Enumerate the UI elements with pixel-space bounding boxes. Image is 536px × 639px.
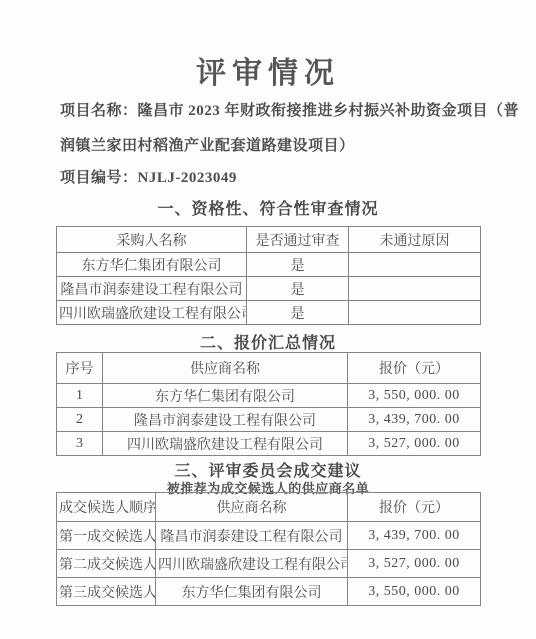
fail-reason-cell — [349, 301, 481, 325]
supplier-name-cell: 东方华仁集团有限公司 — [103, 384, 348, 408]
price-cell: 3, 527, 000. 00 — [348, 550, 481, 578]
candidate-order-cell: 第三成交候选人 — [57, 578, 156, 606]
document-page: 评审情况 项目名称：隆昌市 2023 年财政衔接推进乡村振兴补助资金项目（普 润… — [0, 0, 536, 639]
candidate-order-cell: 第一成交候选人 — [57, 522, 156, 550]
table-header-row: 采购人名称 是否通过审查 未通过原因 — [57, 227, 481, 253]
section2-heading: 二、报价汇总情况 — [0, 330, 536, 353]
table-row: 第三成交候选人 东方华仁集团有限公司 3, 550, 000. 00 — [57, 578, 481, 606]
passed-cell: 是 — [247, 301, 349, 325]
index-cell: 2 — [57, 408, 103, 432]
column-header-purchaser-name: 采购人名称 — [57, 227, 247, 253]
column-header-price: 报价（元） — [348, 493, 481, 522]
table-header-row: 序号 供应商名称 报价（元） — [57, 353, 481, 384]
price-cell: 3, 527, 000. 00 — [348, 432, 481, 456]
table-row: 第二成交候选人 四川欧瑞盛欣建设工程有限公司 3, 527, 000. 00 — [57, 550, 481, 578]
project-name-line-1: 项目名称：隆昌市 2023 年财政衔接推进乡村振兴补助资金项目（普 — [60, 99, 500, 120]
supplier-name-cell: 隆昌市润泰建设工程有限公司 — [156, 522, 348, 550]
table-row: 第一成交候选人 隆昌市润泰建设工程有限公司 3, 439, 700. 00 — [57, 522, 481, 550]
supplier-name-cell: 隆昌市润泰建设工程有限公司 — [103, 408, 348, 432]
candidate-order-cell: 第二成交候选人 — [57, 550, 156, 578]
index-cell: 3 — [57, 432, 103, 456]
supplier-name-cell: 隆昌市润泰建设工程有限公司 — [57, 277, 247, 301]
fail-reason-cell — [349, 253, 481, 277]
table-row: 1 东方华仁集团有限公司 3, 550, 000. 00 — [57, 384, 481, 408]
column-header-passed-review: 是否通过审查 — [247, 227, 349, 253]
column-header-index: 序号 — [57, 353, 103, 384]
table-row: 2 隆昌市润泰建设工程有限公司 3, 439, 700. 00 — [57, 408, 481, 432]
supplier-name-cell: 东方华仁集团有限公司 — [57, 253, 247, 277]
column-header-price: 报价（元） — [348, 353, 481, 384]
supplier-name-cell: 四川欧瑞盛欣建设工程有限公司 — [156, 550, 348, 578]
supplier-name-cell: 东方华仁集团有限公司 — [156, 578, 348, 606]
table-row: 四川欧瑞盛欣建设工程有限公司 是 — [57, 301, 481, 325]
fail-reason-cell — [349, 277, 481, 301]
price-cell: 3, 550, 000. 00 — [348, 578, 481, 606]
passed-cell: 是 — [247, 253, 349, 277]
table-row: 隆昌市润泰建设工程有限公司 是 — [57, 277, 481, 301]
table-row: 3 四川欧瑞盛欣建设工程有限公司 3, 527, 000. 00 — [57, 432, 481, 456]
supplier-name-cell: 四川欧瑞盛欣建设工程有限公司 — [103, 432, 348, 456]
column-header-supplier-name: 供应商名称 — [103, 353, 348, 384]
column-header-supplier-name: 供应商名称 — [156, 493, 348, 522]
award-candidates-table: 成交候选人顺序 供应商名称 报价（元） 第一成交候选人 隆昌市润泰建设工程有限公… — [56, 492, 481, 606]
supplier-name-cell: 四川欧瑞盛欣建设工程有限公司 — [57, 301, 247, 325]
page-title: 评审情况 — [0, 48, 536, 92]
qualification-review-table: 采购人名称 是否通过审查 未通过原因 东方华仁集团有限公司 是 隆昌市润泰建设工… — [56, 226, 481, 325]
passed-cell: 是 — [247, 277, 349, 301]
price-cell: 3, 439, 700. 00 — [348, 522, 481, 550]
table-header-row: 成交候选人顺序 供应商名称 报价（元） — [57, 493, 481, 522]
project-name-line-2: 润镇兰家田村稻渔产业配套道路建设项目） — [60, 134, 500, 155]
quotation-summary-table: 序号 供应商名称 报价（元） 1 东方华仁集团有限公司 3, 550, 000.… — [56, 352, 481, 456]
project-number-line: 项目编号：NJLJ-2023049 — [60, 166, 500, 187]
column-header-fail-reason: 未通过原因 — [349, 227, 481, 253]
price-cell: 3, 550, 000. 00 — [348, 384, 481, 408]
section1-heading: 一、资格性、符合性审查情况 — [0, 196, 536, 219]
table-row: 东方华仁集团有限公司 是 — [57, 253, 481, 277]
column-header-candidate-order: 成交候选人顺序 — [57, 493, 156, 522]
price-cell: 3, 439, 700. 00 — [348, 408, 481, 432]
index-cell: 1 — [57, 384, 103, 408]
